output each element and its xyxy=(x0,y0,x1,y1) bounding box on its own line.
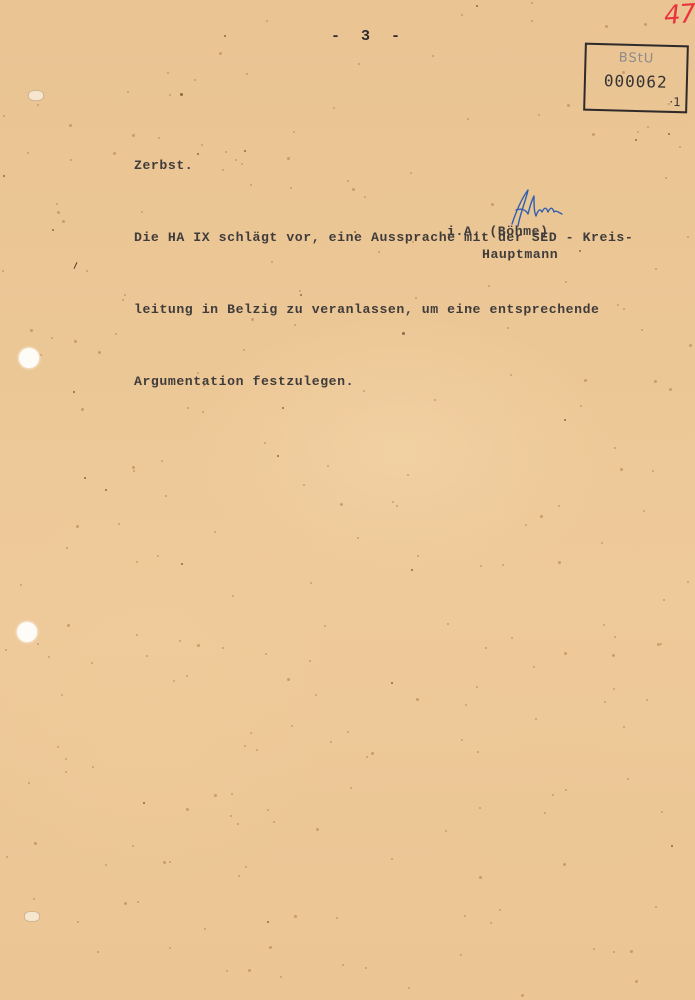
paper-speck xyxy=(48,656,50,658)
paper-speck xyxy=(464,915,466,917)
paper-speck xyxy=(342,964,344,966)
paper-speck xyxy=(146,655,148,657)
paper-speck xyxy=(535,718,537,720)
paper-speck xyxy=(230,815,232,817)
paper-speck xyxy=(350,787,352,789)
paper-speck xyxy=(637,131,639,133)
paper-speck xyxy=(647,126,649,128)
stray-mark xyxy=(74,262,78,269)
paper-speck xyxy=(266,20,268,22)
paper-speck xyxy=(74,340,77,343)
paper-speck xyxy=(447,623,449,625)
paper-speck xyxy=(122,299,124,301)
paper-speck xyxy=(477,751,479,753)
paper-speck xyxy=(214,794,217,797)
paper-speck xyxy=(347,731,349,733)
body-text: Zerbst. Die HA IX schlägt vor, eine Auss… xyxy=(134,106,633,442)
paper-speck xyxy=(238,875,240,877)
paper-speck xyxy=(445,830,447,832)
paper-speck xyxy=(655,906,657,908)
paper-speck xyxy=(657,643,660,646)
paper-speck xyxy=(65,758,67,760)
paper-speck xyxy=(181,563,183,565)
paper-speck xyxy=(65,771,67,773)
paper-speck xyxy=(81,408,84,411)
paper-speck xyxy=(5,649,7,651)
paper-speck xyxy=(396,505,398,507)
paper-speck xyxy=(558,505,560,507)
paper-speck xyxy=(124,902,127,905)
paper-speck xyxy=(612,654,615,657)
paper-speck xyxy=(316,828,319,831)
paper-speck xyxy=(416,698,419,701)
paper-speck xyxy=(97,951,99,953)
paper-speck xyxy=(601,542,603,544)
paper-speck xyxy=(525,524,527,526)
paper-speck xyxy=(540,515,543,518)
paper-speck xyxy=(204,928,206,930)
paper-speck xyxy=(277,455,279,457)
paper-speck xyxy=(91,662,93,664)
paper-speck xyxy=(52,229,54,231)
paper-speck xyxy=(33,898,35,900)
paper-speck xyxy=(476,686,478,688)
paper-speck xyxy=(490,922,492,924)
paper-speck xyxy=(565,789,567,791)
paper-speck xyxy=(644,23,647,26)
paper-speck xyxy=(291,725,293,727)
paper-speck xyxy=(627,778,629,780)
paper-speck xyxy=(167,72,169,74)
paper-speck xyxy=(365,967,367,969)
signoff: i.A. (Böhme) xyxy=(447,224,549,239)
paper-speck xyxy=(544,812,546,814)
paper-speck xyxy=(391,858,393,860)
paper-speck xyxy=(392,501,394,503)
paper-speck xyxy=(69,124,72,127)
paper-speck xyxy=(30,329,33,332)
handwritten-archive-number: 47 xyxy=(663,0,695,31)
paper-speck xyxy=(287,678,290,681)
paper-speck xyxy=(57,211,60,214)
paper-speck xyxy=(613,951,615,953)
paper-speck xyxy=(643,510,645,512)
paper-speck xyxy=(56,203,58,205)
archive-stamp: BStU 000062 ·1 xyxy=(583,43,689,114)
paper-speck xyxy=(499,909,501,911)
paper-speck xyxy=(186,675,188,677)
paper-speck xyxy=(98,351,101,354)
paper-speck xyxy=(76,525,79,528)
paper-speck xyxy=(70,159,72,161)
paper-speck xyxy=(226,970,228,972)
paper-speck xyxy=(521,994,524,997)
paper-speck xyxy=(614,447,616,449)
paper-speck xyxy=(614,636,616,638)
paper-speck xyxy=(231,793,233,795)
paper-speck xyxy=(118,523,120,525)
paper-speck xyxy=(169,94,171,96)
paper-speck xyxy=(630,950,633,953)
paper-speck xyxy=(84,477,86,479)
paper-speck xyxy=(3,115,5,117)
paper-speck xyxy=(132,466,135,469)
paper-speck xyxy=(92,766,94,768)
paper-speck xyxy=(417,555,419,557)
paper-speck xyxy=(179,640,181,642)
page-number: - 3 - xyxy=(331,28,406,45)
paper-speck xyxy=(652,470,654,472)
paper-speck xyxy=(552,794,554,796)
document-page: - 3 - 47 BStU 000062 ·1 Zerbst. Die HA I… xyxy=(0,0,695,1000)
paper-speck xyxy=(186,808,189,811)
punch-mark xyxy=(24,911,40,922)
paper-speck xyxy=(669,388,672,391)
paper-speck xyxy=(330,741,332,743)
paper-speck xyxy=(224,35,226,37)
paper-speck xyxy=(73,391,75,393)
paper-speck xyxy=(173,680,175,682)
paper-speck xyxy=(237,823,239,825)
paper-speck xyxy=(340,503,343,506)
paper-speck xyxy=(105,489,107,491)
paper-speck xyxy=(479,876,482,879)
paper-speck xyxy=(163,861,166,864)
paper-speck xyxy=(663,599,665,601)
paper-speck xyxy=(28,782,30,784)
punch-mark xyxy=(28,90,44,101)
paper-speck xyxy=(34,842,37,845)
paper-speck xyxy=(222,647,224,649)
paper-speck xyxy=(256,749,258,751)
paper-speck xyxy=(671,845,673,847)
paper-speck xyxy=(137,901,139,903)
paper-speck xyxy=(40,354,42,356)
paper-speck xyxy=(3,175,5,177)
paper-speck xyxy=(265,653,267,655)
paper-speck xyxy=(660,643,662,645)
paper-speck xyxy=(161,460,163,462)
paper-speck xyxy=(511,637,513,639)
paper-speck xyxy=(371,752,374,755)
paper-speck xyxy=(37,643,39,645)
paper-speck xyxy=(86,270,88,272)
paper-speck xyxy=(232,595,234,597)
paper-speck xyxy=(51,337,53,339)
paper-speck xyxy=(593,948,595,950)
paper-speck xyxy=(267,809,269,811)
paper-speck xyxy=(244,745,246,747)
paper-speck xyxy=(635,139,637,141)
stamp-mark: ·1 xyxy=(669,95,681,109)
paper-speck xyxy=(169,947,171,949)
paper-speck xyxy=(219,52,222,55)
paper-speck xyxy=(77,921,79,923)
paper-speck xyxy=(133,470,135,472)
rank-title: Hauptmann xyxy=(482,247,558,262)
paper-speck xyxy=(136,561,138,563)
paper-speck xyxy=(479,807,481,809)
paper-speck xyxy=(273,821,275,823)
paper-speck xyxy=(668,133,670,135)
paper-speck xyxy=(641,329,643,331)
paper-speck xyxy=(250,732,252,734)
paper-speck xyxy=(303,484,305,486)
paper-speck xyxy=(127,91,129,93)
paper-speck xyxy=(57,746,59,748)
paper-speck xyxy=(315,694,317,696)
paper-speck xyxy=(267,921,269,923)
paper-speck xyxy=(269,946,272,949)
paper-speck xyxy=(689,344,692,347)
paper-speck xyxy=(248,969,251,972)
paper-speck xyxy=(613,688,615,690)
paper-speck xyxy=(143,802,145,804)
paper-speck xyxy=(432,55,434,57)
paper-speck xyxy=(533,666,535,668)
paper-speck xyxy=(169,861,171,863)
paper-speck xyxy=(280,976,282,978)
paper-speck xyxy=(687,236,689,238)
paper-speck xyxy=(124,294,126,296)
paper-speck xyxy=(246,73,248,75)
paper-speck xyxy=(310,582,312,584)
paper-speck xyxy=(136,634,138,636)
paper-speck xyxy=(27,152,29,154)
paper-speck xyxy=(391,682,393,684)
paper-speck xyxy=(465,704,467,706)
paper-speck xyxy=(105,864,107,866)
body-line: Zerbst. xyxy=(134,154,633,178)
paper-speck xyxy=(165,495,167,497)
paper-speck xyxy=(563,863,566,866)
paper-speck xyxy=(336,917,338,919)
paper-speck xyxy=(264,442,266,444)
paper-speck xyxy=(531,20,533,22)
paper-speck xyxy=(157,555,159,557)
paper-speck xyxy=(485,647,487,649)
paper-speck xyxy=(62,220,65,223)
body-line: leitung in Belzig zu veranlassen, um ein… xyxy=(134,298,633,322)
paper-speck xyxy=(411,569,413,571)
paper-speck xyxy=(665,177,667,179)
paper-speck xyxy=(132,845,134,847)
paper-speck xyxy=(604,701,606,703)
paper-speck xyxy=(661,811,663,813)
paper-speck xyxy=(214,531,216,533)
paper-speck xyxy=(358,63,360,65)
paper-speck xyxy=(2,270,4,272)
paper-speck xyxy=(67,624,70,627)
paper-speck xyxy=(61,694,63,696)
paper-speck xyxy=(476,5,478,7)
paper-speck xyxy=(646,699,648,701)
paper-speck xyxy=(357,537,359,539)
paper-speck xyxy=(603,624,605,626)
punch-hole xyxy=(19,348,39,368)
stamp-title: BStU xyxy=(586,50,686,68)
body-line: Argumentation festzulegen. xyxy=(134,370,633,394)
paper-speck xyxy=(461,739,463,741)
paper-speck xyxy=(324,625,326,627)
paper-speck xyxy=(407,474,409,476)
paper-speck xyxy=(6,856,8,858)
paper-speck xyxy=(66,547,68,549)
punch-hole xyxy=(17,622,37,642)
paper-speck xyxy=(679,146,681,148)
stamp-number: 000062 xyxy=(604,71,668,92)
paper-speck xyxy=(654,380,657,383)
paper-speck xyxy=(194,79,196,81)
paper-speck xyxy=(20,584,22,586)
paper-speck xyxy=(655,268,657,270)
paper-speck xyxy=(327,465,329,467)
paper-speck xyxy=(37,104,39,106)
paper-speck xyxy=(531,2,533,4)
paper-speck xyxy=(480,565,482,567)
paper-speck xyxy=(197,644,200,647)
paper-speck xyxy=(564,652,567,655)
paper-speck xyxy=(687,581,689,583)
paper-speck xyxy=(309,660,311,662)
paper-speck xyxy=(620,468,623,471)
paper-speck xyxy=(605,25,608,28)
paper-speck xyxy=(245,866,247,868)
paper-speck xyxy=(115,333,117,335)
paper-speck xyxy=(366,756,368,758)
paper-speck xyxy=(460,954,462,956)
paper-speck xyxy=(408,987,410,989)
paper-speck xyxy=(113,152,116,155)
paper-speck xyxy=(635,980,638,983)
paper-speck xyxy=(558,561,561,564)
paper-speck xyxy=(180,93,183,96)
paper-speck xyxy=(623,726,625,728)
paper-speck xyxy=(461,14,463,16)
paper-speck xyxy=(294,915,297,918)
paper-speck xyxy=(502,564,504,566)
